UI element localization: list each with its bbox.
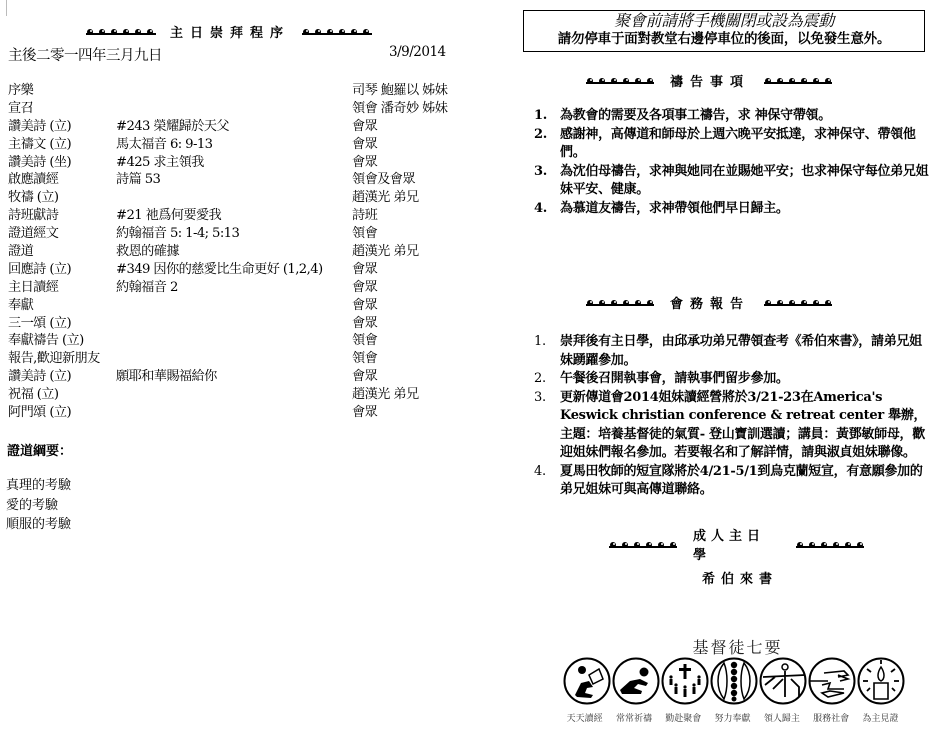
sunday-school-subject: 希伯來書: [660, 568, 820, 587]
worship-order-title: 主日崇拜程序: [170, 22, 290, 41]
service-item: 主日讀經: [8, 276, 58, 295]
service-row: 啟應讀經詩篇 53領會及會眾: [8, 168, 468, 186]
date-chinese: 主後二零一四年三月九日: [8, 44, 162, 65]
service-leader: 領會及會眾: [352, 168, 415, 187]
prayer-item: 4.為慕道友禱告，求神帶領他們早日歸主。: [534, 200, 934, 219]
service-row: 主日讀經約翰福音 2會眾: [8, 276, 468, 294]
service-item: 證道: [8, 240, 33, 259]
ornament-left-icon: [86, 28, 158, 36]
news-item: 3.更新傳道會2014姐妹讀經營將於3/21-23在America's Kesw…: [534, 389, 934, 463]
service-row: 讚美詩 (立)#243 榮耀歸於天父會眾: [8, 115, 468, 133]
service-leader: 會眾: [352, 294, 377, 313]
service-row: 證道救恩的確據趙漢光 弟兄: [8, 240, 468, 258]
date-numeric: 3/9/2014: [389, 44, 446, 60]
service-item: 宣召: [8, 97, 33, 116]
service-item: 奉獻禱告 (立): [8, 329, 84, 348]
essential-label: 努力奉獻: [708, 711, 757, 724]
service-item: 牧禱 (立): [8, 186, 58, 205]
service-row: 宣召領會 潘奇妙 姊妹: [8, 97, 468, 115]
service-item: 讚美詩 (坐): [8, 151, 71, 170]
service-detail: 詩篇 53: [116, 168, 160, 187]
service-leader: 會眾: [352, 133, 377, 152]
service-item: 回應詩 (立): [8, 258, 71, 277]
service-row: 讚美詩 (坐)#425 求主領我會眾: [8, 151, 468, 169]
order-of-service-page: 主日崇拜程序 主後二零一四年三月九日 3/9/2014 序樂司琴 鮑羅以 姊妹 …: [0, 0, 470, 729]
service-item: 詩班獻詩: [8, 204, 58, 223]
ornament-right-icon: [796, 541, 866, 549]
prayer-heading-title: 禱告事項: [670, 71, 750, 90]
prayer-item: 1.為教會的需要及各項事工禱告，求 神保守帶領。: [534, 107, 934, 126]
reading-bible-icon: [563, 657, 611, 705]
prayer-item-number: 4.: [534, 200, 547, 219]
news-heading: 會務報告: [560, 292, 860, 312]
person-leading-icon: [759, 657, 807, 705]
phone-notice: 聚會前請將手機關閉或設為震動: [524, 12, 924, 30]
prayer-item-number: 2.: [534, 126, 547, 145]
ornament-left-icon: [586, 299, 656, 307]
order-of-service-list: 序樂司琴 鮑羅以 姊妹 宣召領會 潘奇妙 姊妹 讚美詩 (立)#243 榮耀歸於…: [8, 79, 468, 419]
service-row: 奉獻禱告 (立)領會: [8, 329, 468, 347]
service-item: 讚美詩 (立): [8, 115, 71, 134]
service-leader: 領會: [352, 329, 377, 348]
news-item-number: 1.: [534, 333, 546, 352]
ornament-left-icon: [609, 541, 679, 549]
service-row: 奉獻會眾: [8, 294, 468, 312]
ornament-right-icon: [302, 28, 374, 36]
service-item: 啟應讀經: [8, 168, 58, 187]
service-row: 回應詩 (立)#349 因你的慈愛比生命更好 (1,2,4)會眾: [8, 258, 468, 276]
service-item: 報告,歡迎新朋友: [8, 347, 100, 366]
prayer-item-text: 為教會的需要及各項事工禱告，求 神保守帶領。: [560, 108, 831, 123]
news-item-text: 夏馬田牧師的短宣隊將於4/21-5/1到烏克蘭短宣，有意願參加的弟兄姐妹可與高傳…: [560, 464, 923, 498]
essential-label: 天天讀經: [560, 711, 609, 724]
news-item: 1.崇拜後有主日學，由邱承功弟兄帶領查考《希伯來書》，請弟兄姐妹踴躍參加。: [534, 333, 934, 370]
sermon-outline-point: 真理的考驗: [6, 476, 71, 496]
prayer-item-text: 為沈伯母禱告，求神與她同在並賜她平安；也求神保守每位弟兄姐妹平安、健康。: [560, 164, 928, 198]
service-leader: 會眾: [352, 401, 377, 420]
service-item: 證道經文: [8, 222, 58, 241]
sermon-outline-list: 真理的考驗 愛的考驗 順服的考驗: [6, 476, 71, 535]
service-row: 主禱文 (立)馬太福音 6: 9-13會眾: [8, 133, 468, 151]
sermon-outline-title: 證道綱要：: [7, 440, 72, 459]
prayer-list: 1.為教會的需要及各項事工禱告，求 神保守帶領。 2.感謝神，高傳道和師母於上週…: [534, 107, 934, 218]
service-item: 祝福 (立): [8, 383, 58, 402]
prayer-item-number: 1.: [534, 107, 547, 126]
ornament-left-icon: [586, 77, 656, 85]
service-detail: 馬太福音 6: 9-13: [116, 133, 212, 152]
prayer-item-text: 為慕道友禱告，求神帶領他們早日歸主。: [560, 201, 789, 216]
worship-order-heading: 主日崇拜程序: [70, 20, 390, 42]
news-item-number: 2.: [534, 370, 546, 389]
service-detail: #243 榮耀歸於天父: [116, 115, 229, 134]
ornament-right-icon: [764, 299, 834, 307]
service-item: 主禱文 (立): [8, 133, 71, 152]
prayer-item-number: 3.: [534, 163, 547, 182]
essential-label: 勤赴聚會: [659, 711, 708, 724]
service-leader: 趙漢光 弟兄: [352, 186, 419, 205]
congregation-cross-icon: [661, 657, 709, 705]
prayer-item: 3.為沈伯母禱告，求神與她同在並賜她平安；也求神保守每位弟兄姐妹平安、健康。: [534, 163, 934, 200]
sunday-school-title: 成人主日學: [693, 525, 782, 563]
service-leader: 領會: [352, 222, 377, 241]
news-item-text: 崇拜後有主日學，由邱承功弟兄帶領查考《希伯來書》，請弟兄姐妹踴躍參加。: [560, 334, 922, 368]
service-row: 阿門頌 (立)會眾: [8, 401, 468, 419]
service-item: 序樂: [8, 79, 33, 98]
seven-essentials-labels: 天天讀經 常常祈禱 勤赴聚會 努力奉獻 領人歸主 服務社會 為主見證: [560, 711, 905, 724]
seven-essentials-title: 基督徒七要: [560, 635, 915, 658]
service-item: 阿門頌 (立): [8, 401, 71, 420]
sermon-outline-point: 愛的考驗: [6, 496, 71, 516]
service-detail: #349 因你的慈愛比生命更好 (1,2,4): [116, 258, 323, 277]
essential-label: 領人歸主: [757, 711, 806, 724]
parking-notice: 請勿停車于面對教堂右邊停車位的後面，以免發生意外。: [524, 30, 924, 48]
service-row: 讚美詩 (立)願耶和華賜福給你會眾: [8, 365, 468, 383]
service-detail: 救恩的確據: [116, 240, 179, 259]
service-leader: 趙漢光 弟兄: [352, 383, 419, 402]
news-item-text: 午餐後召開執事會，請執事們留步參加。: [560, 371, 789, 386]
praying-icon: [612, 657, 660, 705]
service-leader: 領會 潘奇妙 姊妹: [352, 97, 447, 116]
seven-essentials-graphic: 基督徒七要 天天讀經 常常祈禱 勤赴聚會 努力奉獻 領人歸主 服務社會 為主見證: [560, 635, 915, 729]
ornament-right-icon: [764, 77, 834, 85]
news-item-number: 4.: [534, 463, 546, 482]
service-row: 詩班獻詩#21 祂爲何要愛我詩班: [8, 204, 468, 222]
service-detail: 約翰福音 2: [116, 276, 178, 295]
essential-label: 為主見證: [856, 711, 905, 724]
prayer-item-text: 感謝神，高傳道和師母於上週六晚平安抵達，求神保守、帶領他們。: [560, 127, 916, 161]
prayer-item: 2.感謝神，高傳道和師母於上週六晚平安抵達，求神保守、帶領他們。: [534, 126, 934, 163]
sunday-school-heading: 成人主日學: [595, 534, 880, 554]
service-leader: 會眾: [352, 115, 377, 134]
essential-label: 常常祈禱: [609, 711, 658, 724]
sermon-outline-point: 順服的考驗: [6, 515, 71, 535]
seven-essentials-icons: [563, 657, 905, 705]
service-leader: 會眾: [352, 258, 377, 277]
service-leader: 司琴 鮑羅以 姊妹: [352, 79, 447, 98]
news-list: 1.崇拜後有主日學，由邱承功弟兄帶領查考《希伯來書》，請弟兄姐妹踴躍參加。 2.…: [534, 333, 934, 500]
news-item-number: 3.: [534, 389, 546, 408]
news-item: 2.午餐後召開執事會，請執事們留步參加。: [534, 370, 934, 389]
service-detail: 約翰福音 5: 1-4; 5:13: [116, 222, 239, 241]
service-detail: 願耶和華賜福給你: [116, 365, 217, 384]
service-row: 三一頌 (立)會眾: [8, 312, 468, 330]
phone-parking-notice: 聚會前請將手機關閉或設為震動 請勿停車于面對教堂右邊停車位的後面，以免發生意外。: [523, 10, 925, 52]
service-leader: 會眾: [352, 276, 377, 295]
service-leader: 會眾: [352, 365, 377, 384]
service-row: 序樂司琴 鮑羅以 姊妹: [8, 79, 468, 97]
candle-light-icon: [857, 657, 905, 705]
service-leader: 會眾: [352, 312, 377, 331]
service-leader: 會眾: [352, 151, 377, 170]
service-leader: 領會: [352, 347, 377, 366]
service-item: 讚美詩 (立): [8, 365, 71, 384]
service-detail: #21 祂爲何要愛我: [116, 204, 221, 223]
service-row: 祝福 (立)趙漢光 弟兄: [8, 383, 468, 401]
service-leader: 詩班: [352, 204, 377, 223]
helping-hands-icon: [808, 657, 856, 705]
prayer-heading: 禱告事項: [560, 70, 860, 90]
service-row: 報告,歡迎新朋友領會: [8, 347, 468, 365]
news-heading-title: 會務報告: [670, 293, 750, 312]
service-detail: #425 求主領我: [116, 151, 204, 170]
service-row: 證道經文約翰福音 5: 1-4; 5:13領會: [8, 222, 468, 240]
essential-label: 服務社會: [806, 711, 855, 724]
news-item: 4.夏馬田牧師的短宣隊將於4/21-5/1到烏克蘭短宣，有意願參加的弟兄姐妹可與…: [534, 463, 934, 500]
fish-offering-icon: [710, 657, 758, 705]
service-leader: 趙漢光 弟兄: [352, 240, 419, 259]
news-item-text: 更新傳道會2014姐妹讀經營將於3/21-23在America's Keswic…: [560, 390, 926, 461]
service-row: 牧禱 (立)趙漢光 弟兄: [8, 186, 468, 204]
service-date-row: 主後二零一四年三月九日 3/9/2014: [8, 44, 448, 64]
service-item: 三一頌 (立): [8, 312, 71, 331]
service-item: 奉獻: [8, 294, 33, 313]
